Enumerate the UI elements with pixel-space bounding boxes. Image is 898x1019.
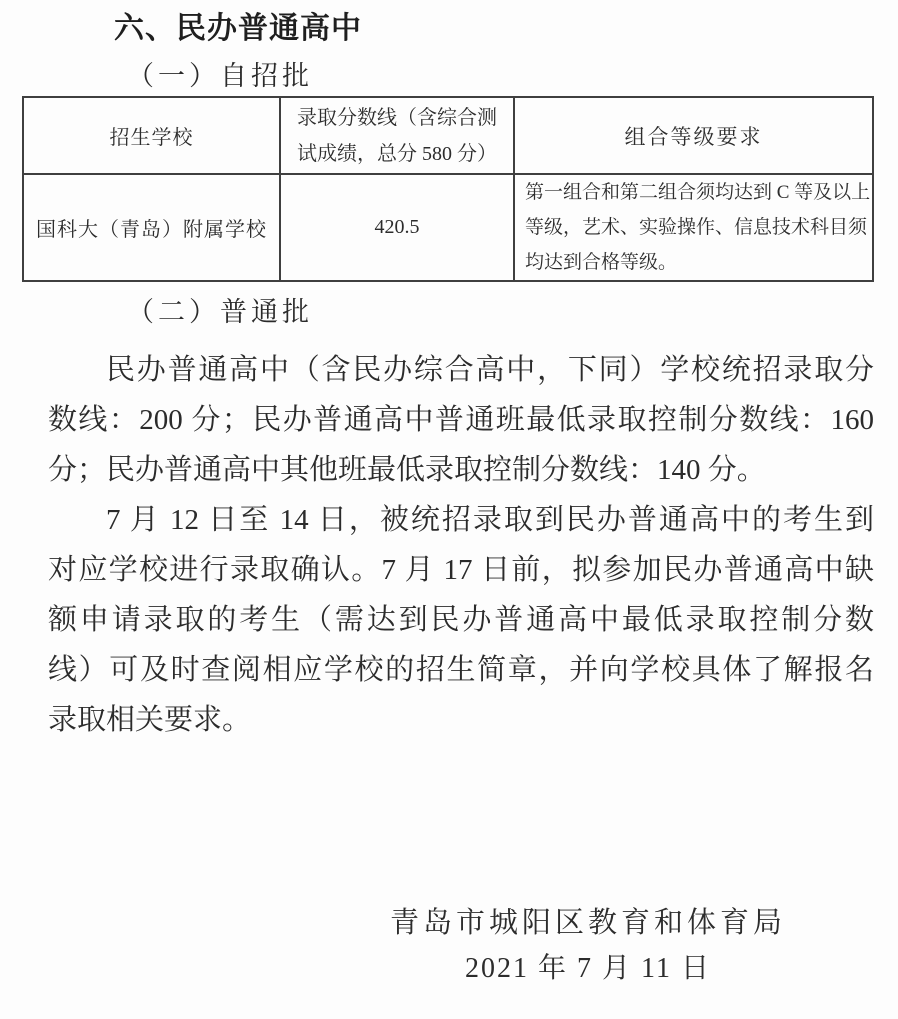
admission-table: 招生学校 录取分数线（含综合测 试成绩，总分 580 分） 组合等级要求 国科大…: [22, 96, 874, 282]
table-header-row: 招生学校 录取分数线（含综合测 试成绩，总分 580 分） 组合等级要求: [23, 97, 873, 174]
body-text: 民办普通高中（含民办综合高中，下同）学校统招录取分 数线：200 分；民办普通高…: [48, 345, 874, 745]
grade-requirement-line3: 均达到合格等级。: [525, 245, 862, 280]
paragraph-2: 7 月 12 日至 14 日，被统招录取到民办普通高中的考生到 对应学校进行录取…: [48, 495, 874, 745]
signature-block: 青岛市城阳区教育和体育局 2021 年 7 月 11 日: [382, 900, 794, 992]
header-cell-score-line1: 录取分数线（含综合测: [282, 100, 512, 136]
header-cell-score-line2: 试成绩，总分 580 分）: [282, 136, 512, 172]
cell-score-value: 420.5: [280, 174, 514, 281]
grade-requirement-line2: 等级，艺术、实验操作、信息技术科目须: [525, 210, 862, 245]
paragraph-1-line1: 民办普通高中（含民办综合高中，下同）学校统招录取分: [48, 345, 874, 395]
header-cell-score: 录取分数线（含综合测 试成绩，总分 580 分）: [280, 97, 514, 174]
paragraph-2-line3: 额申请录取的考生（需达到民办普通高中最低录取控制分数: [48, 595, 874, 645]
paragraph-1-line2: 数线：200 分；民办普通高中普通班最低录取控制分数线：160: [48, 395, 874, 445]
grade-requirement-line1: 第一组合和第二组合须均达到 C 等及以上: [525, 175, 862, 210]
paragraph-1: 民办普通高中（含民办综合高中，下同）学校统招录取分 数线：200 分；民办普通高…: [48, 345, 874, 495]
paragraph-2-line5: 录取相关要求。: [48, 695, 874, 745]
paragraph-1-line3: 分；民办普通高中其他班最低录取控制分数线：140 分。: [48, 445, 874, 495]
subsection-b-heading: （二）普通批: [127, 296, 898, 328]
signature-date: 2021 年 7 月 11 日: [382, 946, 794, 992]
table-row: 国科大（青岛）附属学校 420.5 第一组合和第二组合须均达到 C 等及以上 等…: [23, 174, 873, 281]
paragraph-2-line1: 7 月 12 日至 14 日，被统招录取到民办普通高中的考生到: [48, 495, 874, 545]
header-cell-school: 招生学校: [23, 97, 280, 174]
subsection-a-heading: （一）自招批: [127, 60, 898, 92]
paragraph-2-line2: 对应学校进行录取确认。7 月 17 日前，拟参加民办普通高中缺: [48, 545, 874, 595]
paragraph-2-line4: 线）可及时查阅相应学校的招生简章，并向学校具体了解报名: [48, 645, 874, 695]
section-title: 六、民办普通高中: [114, 12, 898, 46]
cell-grade-requirement: 第一组合和第二组合须均达到 C 等及以上 等级，艺术、实验操作、信息技术科目须 …: [514, 174, 873, 281]
cell-school-name: 国科大（青岛）附属学校: [23, 174, 280, 281]
document-page: 六、民办普通高中 （一）自招批 招生学校 录取分数线（含综合测 试成绩，总分 5…: [0, 0, 898, 1019]
signature-organization: 青岛市城阳区教育和体育局: [382, 900, 794, 946]
header-cell-grade: 组合等级要求: [514, 97, 873, 174]
